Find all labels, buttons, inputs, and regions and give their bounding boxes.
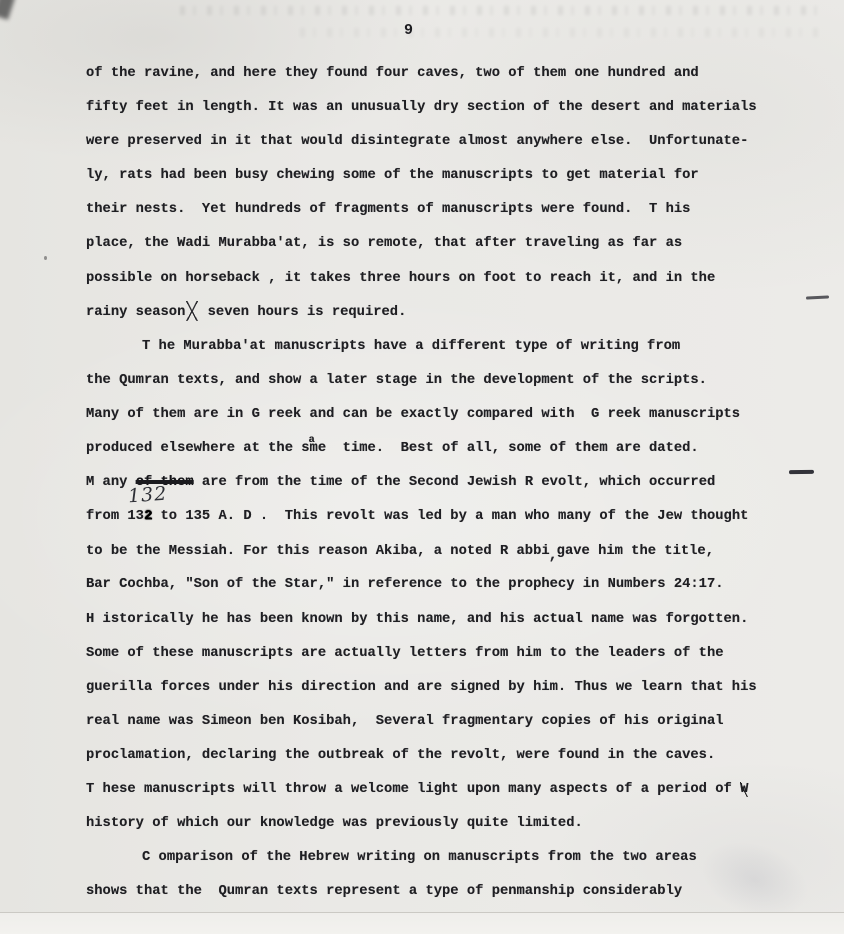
text-segment: Some of these manuscripts are actually l… — [86, 646, 724, 661]
text-line: proclamation, declaring the outbreak of … — [86, 739, 776, 773]
text-segment: ly, rats had been busy chewing some of t… — [86, 168, 699, 183]
text-line: produced elsewhere at the same time. Bes… — [86, 432, 776, 466]
text-segment: proclamation, declaring the outbreak of … — [86, 748, 715, 763]
text-segment: Many of them are in G reek and can be ex… — [86, 407, 740, 422]
margin-dash-mark — [806, 295, 829, 299]
text-line: M any of them are from the time of the S… — [86, 466, 776, 500]
text-segment: real name was Simeon ben Kosibah, Severa… — [86, 714, 724, 729]
text-segment: T hese manuscripts will throw a welcome … — [86, 782, 740, 797]
text-line: T he Murabba'at manuscripts have a diffe… — [86, 330, 776, 364]
text-line: their nests. Yet hundreds of fragments o… — [86, 193, 776, 227]
text-line: real name was Simeon ben Kosibah, Severa… — [86, 705, 776, 739]
margin-dash-mark — [789, 470, 814, 474]
text-segment: me time. Best of all, some of them are d… — [310, 441, 699, 456]
text-segment: were preserved in it that would disinteg… — [86, 134, 748, 149]
text-segment: seven hours is required. — [199, 305, 406, 320]
text-line: place, the Wadi Murabba'at, is so remote… — [86, 227, 776, 261]
text-segment: rainy season — [86, 305, 185, 320]
handwritten-correction-132: 132 — [127, 483, 168, 508]
text-segment: their nests. Yet hundreds of fragments o… — [86, 202, 690, 217]
text-segment: are from the time of the Second Jewish R… — [194, 475, 716, 490]
text-segment: possible on horseback , it takes three h… — [86, 271, 715, 286]
text-segment: from 13 — [86, 509, 144, 524]
text-line: guerilla forces under his direction and … — [86, 671, 776, 705]
scan-corner-smudge — [0, 0, 15, 20]
scanned-page: 9 of the ravine, and here they found fou… — [0, 0, 844, 934]
text-segment: T he Murabba'at manuscripts have a diffe… — [142, 339, 680, 354]
text-line: T hese manuscripts will throw a welcome … — [86, 773, 776, 807]
text-segment: the Qumran texts, and show a later stage… — [86, 373, 707, 388]
text-segment: gave him the title, — [557, 544, 714, 559]
scan-bottom-edge — [0, 912, 844, 934]
text-segment: produced elsewhere at the s — [86, 441, 310, 456]
text-block: of the ravine, and here they found four … — [86, 57, 776, 909]
text-line: of the ravine, and here they found four … — [86, 57, 776, 91]
text-line: C omparison of the Hebrew writing on man… — [86, 841, 776, 875]
text-line: Many of them are in G reek and can be ex… — [86, 398, 776, 432]
text-line: from 132 to 135 A. D . This revolt was l… — [86, 500, 776, 534]
text-line: the Qumran texts, and show a later stage… — [86, 364, 776, 398]
scan-ghost-text-band — [180, 6, 820, 15]
text-line: possible on horseback , it takes three h… — [86, 262, 776, 296]
text-segment: C omparison of the Hebrew writing on man… — [142, 850, 697, 865]
text-line: H istorically he has been known by this … — [86, 603, 776, 637]
text-segment: of the ravine, and here they found four … — [86, 66, 699, 81]
text-segment: shows that the Qumran texts represent a … — [86, 884, 682, 899]
scan-speck — [44, 256, 47, 260]
text-line: were preserved in it that would disinteg… — [86, 125, 776, 159]
text-line: history of which our knowledge was previ… — [86, 807, 776, 841]
text-segment: , — [549, 547, 558, 564]
text-segment: history of which our knowledge was previ… — [86, 816, 583, 831]
text-segment: to be the Messiah. For this reason Akiba… — [86, 544, 550, 559]
text-segment: place, the Wadi Murabba'at, is so remote… — [86, 236, 682, 251]
text-segment: H istorically he has been known by this … — [86, 612, 748, 627]
text-segment: fifty feet in length. It was an unusuall… — [86, 100, 757, 115]
scan-ghost-text-band — [300, 28, 820, 37]
text-segment: W — [740, 782, 748, 797]
text-line: fifty feet in length. It was an unusuall… — [86, 91, 776, 125]
text-line: Some of these manuscripts are actually l… — [86, 637, 776, 671]
text-segment: Bar Cochba, "Son of the Star," in refere… — [86, 577, 724, 592]
text-segment: guerilla forces under his direction and … — [86, 680, 757, 695]
page-number: 9 — [404, 22, 413, 39]
text-line: shows that the Qumran texts represent a … — [86, 875, 776, 909]
text-line: to be the Messiah. For this reason Akiba… — [86, 534, 776, 568]
text-segment: to 135 A. D . This revolt was led by a m… — [152, 509, 748, 524]
handwritten-x-mark — [186, 301, 198, 321]
text-line: ly, rats had been busy chewing some of t… — [86, 159, 776, 193]
text-segment: 2 — [144, 509, 152, 524]
text-line: rainy season seven hours is required. — [86, 296, 776, 330]
text-line: Bar Cochba, "Son of the Star," in refere… — [86, 568, 776, 602]
